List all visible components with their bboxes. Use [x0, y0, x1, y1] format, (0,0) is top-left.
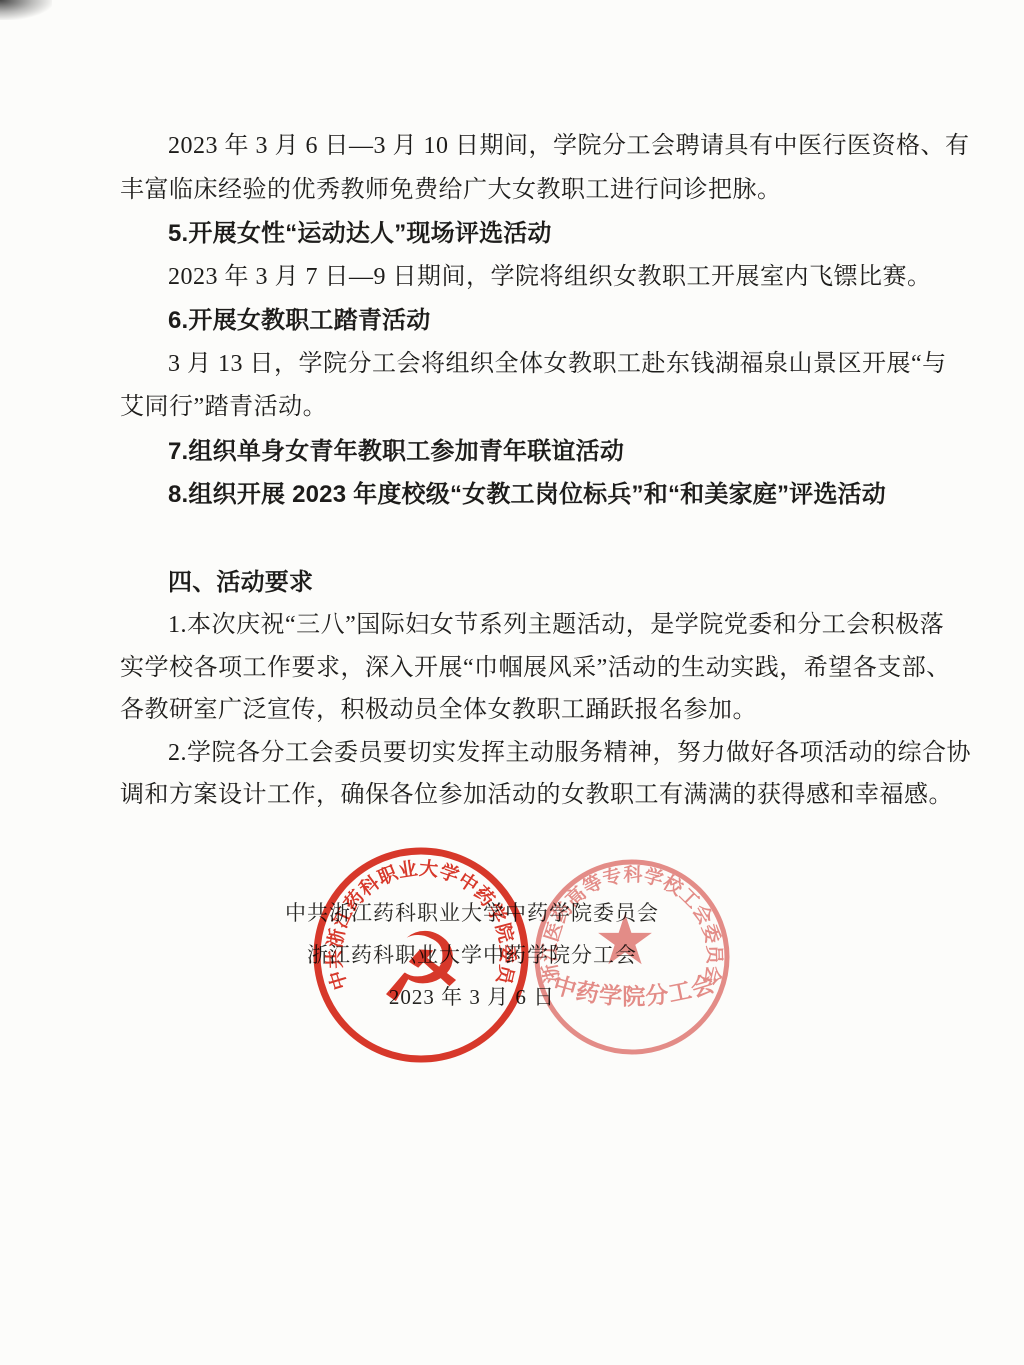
star-icon: ★: [594, 899, 657, 981]
section-heading: 四、活动要求: [120, 562, 920, 605]
body-line: 艾同行”踏青活动。: [120, 386, 920, 430]
party-seal-graphic: 中共浙江药科职业大学中药学院委员会 ☭: [306, 840, 536, 1070]
body-line: 各教研室广泛宣传，积极动员全体女教职工踊跃报名参加。: [120, 689, 920, 732]
body-line: 1.本次庆祝“三八”国际妇女节系列主题活动，是学院党委和分工会积极落: [120, 604, 920, 647]
body-line: 实学校各项工作要求，深入开展“巾帼展风采”活动的生动实践，希望各支部、: [120, 647, 920, 690]
body-line: 3 月 13 日，学院分工会将组织全体女教职工赴东钱湖福泉山景区开展“与: [120, 343, 920, 387]
body-line: 2023 年 3 月 7 日—9 日期间，学院将组织女教职工开展室内飞镖比赛。: [120, 256, 920, 300]
body-line-heading: 6.开展女教职工踏青活动: [120, 299, 920, 343]
body-line-heading: 8.组织开展 2023 年度校级“女教工岗位标兵”和“和美家庭”评选活动: [120, 473, 920, 517]
scanned-document-page: 2023 年 3 月 6 日—3 月 10 日期间，学院分工会聘请具有中医行医资…: [0, 0, 1024, 1365]
union-seal-graphic: 浙江医药高等专科学校工会委员会 ★ 中药学院分工会: [532, 857, 732, 1057]
scan-artifact-smudge: [0, 0, 52, 20]
body-line-heading: 7.组织单身女青年教职工参加青年联谊活动: [120, 430, 920, 474]
body-line: 调和方案设计工作，确保各位参加活动的女教职工有满满的获得感和幸福感。: [120, 774, 920, 817]
body-line-heading: 5.开展女性“运动达人”现场评选活动: [120, 212, 920, 256]
hammer-sickle-icon: ☭: [378, 912, 464, 1024]
body-line: 2.学院各分工会委员要切实发挥主动服务精神，努力做好各项活动的综合协: [120, 732, 920, 775]
paragraph-gap: [120, 517, 920, 562]
document-body: 2023 年 3 月 6 日—3 月 10 日期间，学院分工会聘请具有中医行医资…: [120, 125, 920, 817]
body-line: 丰富临床经验的优秀教师免费给广大女教职工进行问诊把脉。: [120, 169, 920, 213]
body-line: 2023 年 3 月 6 日—3 月 10 日期间，学院分工会聘请具有中医行医资…: [120, 125, 920, 169]
union-seal: 浙江医药高等专科学校工会委员会 ★ 中药学院分工会: [532, 857, 732, 1062]
party-committee-seal: 中共浙江药科职业大学中药学院委员会 ☭: [306, 840, 536, 1075]
